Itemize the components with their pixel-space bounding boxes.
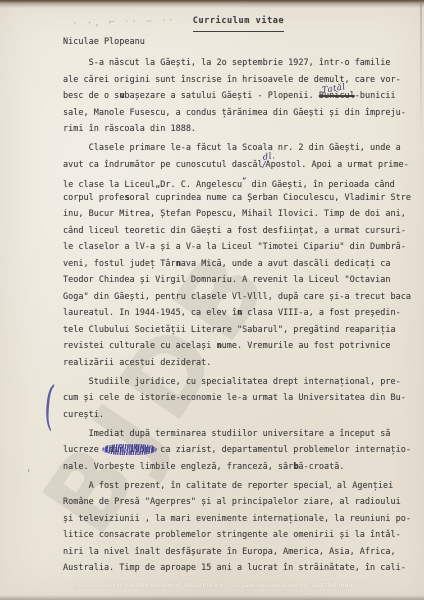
typewritten-line: Imediat după terminarea studiilor univer…	[63, 426, 414, 443]
typewritten-line: besc de o subașezare a satului Găești - …	[63, 88, 414, 105]
text-segment: avut ca îndrumător pe cunoscutul dascăl	[63, 160, 263, 170]
text-segment: sale, Manole Fusescu, a condus țărănimea…	[63, 108, 406, 118]
document-body: S-a născut la Găești, la 2o septembrie 1…	[63, 55, 414, 577]
text-segment: Clasele primare le-a făcut la Scoala nr.…	[63, 143, 401, 153]
text-segment: Goga" din Găești, pentru clasele Vl-Vlll…	[63, 292, 411, 302]
text-segment: al Agenției	[332, 481, 393, 491]
scan-edge-bottom	[0, 595, 424, 600]
typewritten-line: lucreze (din 195o) ca ziarist, departame…	[63, 442, 414, 459]
title-row: Curriculum vitae	[63, 13, 414, 30]
typewritten-line: rimi în răscoala din 1888.	[63, 121, 414, 138]
text-segment: și televiziunii , la mari evenimente int…	[63, 514, 411, 524]
margin-speck: ,	[26, 464, 31, 474]
typewritten-line: corpul profesoral cuprindea nume ca Șerb…	[63, 190, 414, 207]
text-segment: realizării acestui deziderat.	[63, 358, 211, 368]
typewritten-line: Române de Presă "Agerpres" și al princip…	[63, 494, 414, 511]
text-segment: rimi în răscoala din 1888.	[63, 124, 196, 134]
typewritten-line: revistei culturale cu același nume. Vrem…	[63, 338, 414, 355]
watermarkly-watermark-text: Processed using the free version of Wate…	[0, 582, 424, 589]
text-segment: Studiile juridice, cu specialitatea drep…	[63, 377, 401, 387]
typewritten-line: veni, fostul județ Târnava Mică, unde a …	[63, 256, 414, 273]
typewritten-line: Teodor Chindea și Virgil Domnariu. A rev…	[63, 272, 414, 289]
text-segment: cum și cele de istorie-economie le-a urm…	[63, 393, 406, 403]
typewritten-line: S-a născut la Găești, la 2o septembrie 1…	[63, 55, 414, 72]
text-segment: Australia. Timp de aproape 15 ani a lucr…	[63, 563, 406, 573]
typewritten-line: le clase la Liceul„Dr. C. Angelescu” din…	[63, 173, 414, 190]
paragraph: Imediat după terminarea studiilor univer…	[63, 426, 414, 476]
text-segment: corpul profe	[63, 193, 124, 203]
typewritten-line: și televiziunii , la mari evenimente int…	[63, 511, 414, 528]
text-segment: ca ziarist, departamentul problemelor in…	[155, 445, 411, 455]
text-segment: besc de o s	[63, 91, 119, 101]
text-segment: le claselor a lV-a și a V-a la Liceul "T…	[63, 242, 406, 252]
text-segment: inu, Bucur Mitrea, Ștefan Popescu, Mihai…	[63, 209, 406, 219]
text-segment: le clase la Liceul„Dr. C. Angelescu	[63, 180, 242, 190]
text-segment: Apostol. Apoi a urmat prime-	[265, 160, 408, 170]
typewritten-line: le claselor a lV-a și a V-a la Liceul "T…	[63, 239, 414, 256]
typewritten-line: laureatul. In 1944-1945, ca elev în clas…	[63, 305, 414, 322]
typewritten-line: Clasele primare le-a făcut la Scoala nr.…	[63, 140, 414, 157]
typewritten-line: tele Clubului Societății Literare "Sabar…	[63, 322, 414, 339]
paragraph: S-a născut la Găești, la 2o septembrie 1…	[63, 55, 414, 138]
paragraph: Clasele primare le-a făcut la Scoala nr.…	[63, 140, 414, 371]
text-segment: când liceul teoretic din Găești a fost d…	[63, 226, 406, 236]
typewritten-line: realizării acestui deziderat.	[63, 355, 414, 372]
text-segment: S-a născut la Găești, la 2o septembrie 1…	[63, 58, 391, 68]
scanned-page: BJDB · ·‚ ⌐ ·· — ·· Curriculum vitae Nic…	[0, 0, 424, 600]
text-segment-strike: BuniculTatăl	[319, 91, 355, 101]
typewritten-line: litice consacrate problemelor stringente…	[63, 527, 414, 544]
typewritten-line: niri la nivel înalt desfășurate în Europ…	[63, 544, 414, 561]
text-segment: clasa VIII-a, a fost președin-	[242, 308, 401, 318]
text-segment: veni, fostul județ Târ	[63, 259, 176, 269]
handwritten-annotation: Tatăl	[321, 83, 346, 96]
typewritten-line: A fost prezent, în calitate de reporter …	[63, 478, 414, 495]
scan-edge-right	[420, 0, 422, 140]
typewritten-line: nale. Vorbește limbile engleză, franceză…	[63, 459, 414, 476]
text-segment: ă-croată.	[298, 462, 344, 472]
text-segment: nale. Vorbește limbile engleză, franceză…	[63, 462, 293, 472]
document-content: Curriculum vitae Niculae Plopeanu S-a nă…	[63, 13, 414, 579]
handwritten-margin-brace: (	[42, 373, 56, 436]
document-title: Curriculum vitae	[193, 13, 284, 32]
typewritten-line: Goga" din Găești, pentru clasele Vl-Vlll…	[63, 289, 414, 306]
paragraph: A fost prezent, în calitate de reporter …	[63, 478, 414, 577]
scan-edge-top	[0, 0, 424, 8]
text-segment: Imediat după terminarea studiilor univer…	[63, 429, 391, 439]
typewritten-line: ale cărei origini sunt înscrise în hriso…	[63, 72, 414, 89]
text-segment: din Găești, în perioada când	[246, 180, 394, 190]
typewritten-line: Australia. Timp de aproape 15 ani a lucr…	[63, 560, 414, 577]
text-segment: Teodor Chindea și Virgil Domnariu. A rev…	[63, 275, 391, 285]
text-segment: laureatul. In 1944-1945, ca elev î	[63, 308, 237, 318]
text-segment: oral cuprindea nume ca Șerban Cioculescu…	[130, 193, 411, 203]
typewritten-line: Studiile juridice, cu specialitatea drep…	[63, 374, 414, 391]
typewritten-line: curești.	[63, 407, 414, 424]
text-segment: -bunicii	[355, 91, 396, 101]
text-segment: ale cărei origini sunt înscrise în hriso…	[63, 75, 401, 85]
text-segment: A fost prezent, în calitate de reporter …	[63, 481, 329, 491]
text-segment: bașezare a satului Găești - Plopenii.	[124, 91, 318, 101]
typewritten-line: cum și cele de istorie-economie le-a urm…	[63, 390, 414, 407]
text-segment: ava Mică, unde a avut dascăli dedicați c…	[181, 259, 391, 269]
text-segment-scribble: (din 195o)	[104, 445, 155, 455]
text-segment: tele Clubului Societății Literare "Sabar…	[63, 325, 396, 335]
typewritten-line: inu, Bucur Mitrea, Ștefan Popescu, Mihai…	[63, 206, 414, 223]
text-segment: curești.	[63, 410, 104, 420]
author-name: Niculae Plopeanu	[63, 34, 414, 50]
text-segment: revistei culturale cu același	[63, 341, 217, 351]
text-segment: litice consacrate problemelor stringente…	[63, 530, 401, 540]
typewritten-line: când liceul teoretic din Găești a fost d…	[63, 223, 414, 240]
typewritten-line: avut ca îndrumător pe cunoscutul dascăl/…	[63, 157, 414, 174]
text-segment: ume. Vremurile au fost potrivnice	[222, 341, 391, 351]
text-segment: niri la nivel înalt desfășurate în Europ…	[63, 547, 396, 557]
text-segment: lucreze	[63, 445, 104, 455]
typewritten-line: sale, Manole Fusescu, a condus țărănimea…	[63, 105, 414, 122]
text-segment: Române de Presă "Agerpres" și al princip…	[63, 497, 401, 507]
paragraph: Studiile juridice, cu specialitatea drep…	[63, 374, 414, 424]
